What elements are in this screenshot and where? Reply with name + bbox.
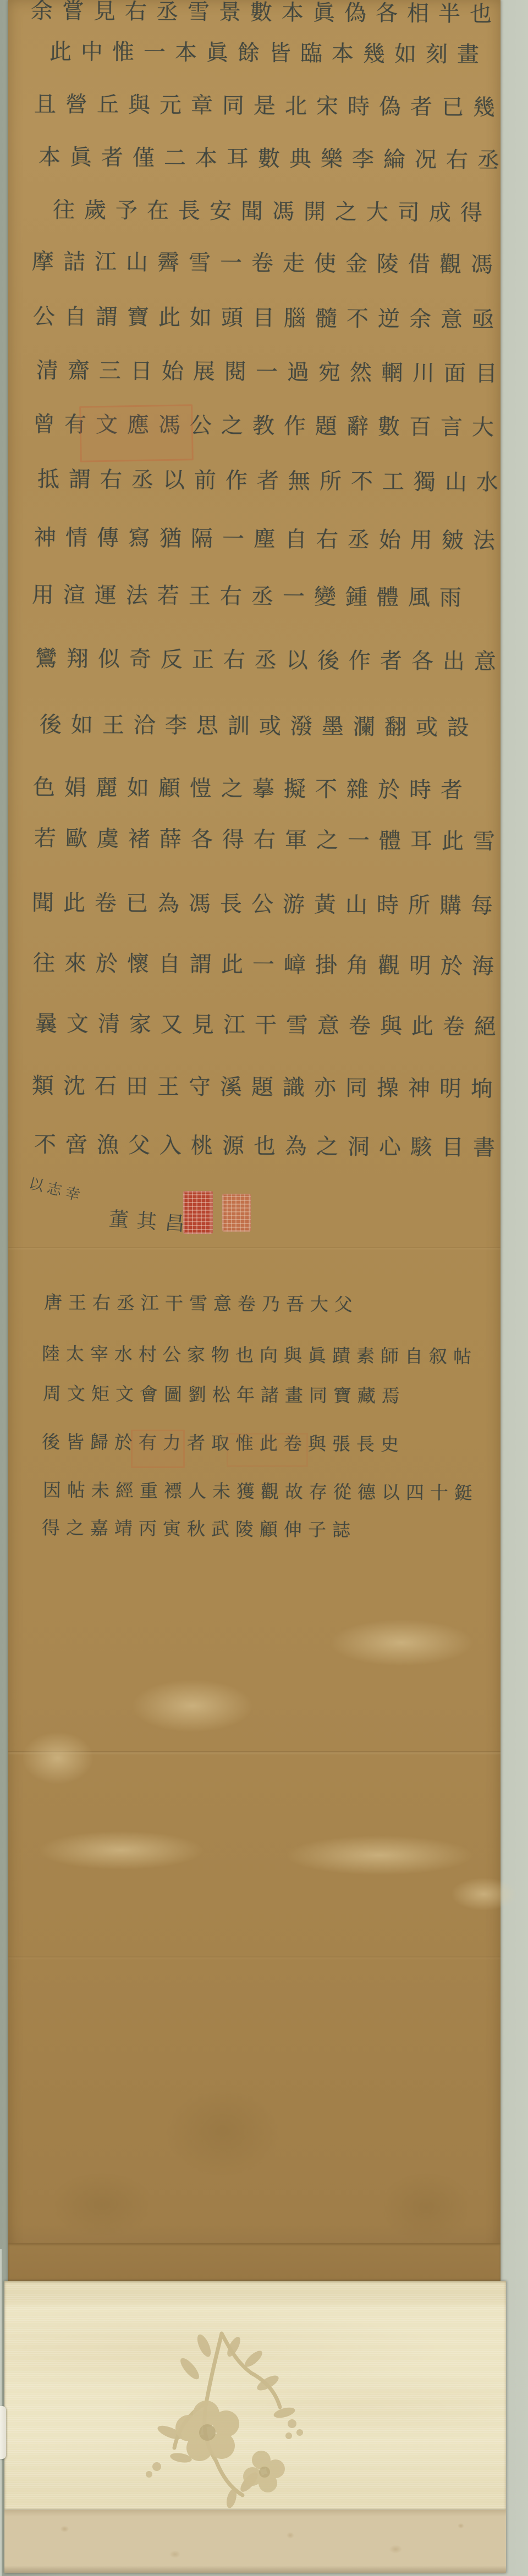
calligraphy-row: 若歐虞褚薛各得右軍之一體耳此雪 (34, 826, 504, 854)
calligraphy-row: 此中惟一本眞餘皆臨本幾如刻畫 (50, 39, 488, 68)
calligraphy-row: 後如王洽李思訓或潑墨瀾翻或設 (40, 712, 479, 741)
calligraphy-row: 往來於懷自謂此一嶂掛角觀明於海 (33, 951, 503, 979)
calligraphy-row: 類沈石田王守溪題識亦同操神明垧 (32, 1073, 502, 1102)
dong-qichang-signature: 董其昌 (108, 1204, 194, 1238)
calligraphy-row: 色娟麗如顧愷之摹擬不雜於時者 (33, 775, 472, 803)
faded-collector-seal (227, 1433, 308, 1467)
calligraphy-row: 因帖未經重褾人未獲觀故存從德以四十鋌 (43, 1480, 479, 1504)
calligraphy-row: 聞此卷已為馮長公游黃山時所購每 (32, 890, 502, 919)
calligraphy-row: 曩文清家又見江干雪意卷與此卷絕 (35, 1011, 505, 1040)
paper-seam (8, 1751, 501, 1752)
calligraphy-row: 鸞翔似奇反正右丞以後作者各出意 (35, 646, 505, 675)
calligraphy-row: 得之嘉靖丙寅秋武陵顧伸子誌 (42, 1518, 356, 1541)
calligraphy-row: 周文矩文會圖劉松年諸畫同寶藏焉 (43, 1383, 406, 1407)
calligraphy-row: 摩詰江山霽雪一卷走使金陵借觀馮 (32, 249, 502, 278)
calligraphy-row: 抵謂右丞以前作者無所不工獨山水 (37, 467, 508, 495)
calligraphy-row: 清齋三日始展閱一過宛然輞川面目 (36, 358, 507, 387)
faded-collector-seal (79, 404, 194, 462)
calligraphy-row: 陸太宰水村公家物也向與眞蹟素師自叙帖 (42, 1343, 477, 1367)
handscroll-colophon-photo: 余嘗見右丞雪景數本眞偽各相半也 此中惟一本眞餘皆臨本幾如刻畫 且營丘與元章同是北… (0, 0, 528, 2576)
artist-seal-2 (222, 1194, 251, 1232)
end-paper-band (4, 2510, 506, 2573)
calligraphy-row: 用渲運法若王右丞一變鍾體風雨 (32, 582, 471, 611)
calligraphy-row: 不啻漁父入桃源也為之洞心駭目書 (34, 1132, 504, 1161)
calligraphy-row: 且營丘與元章同是北宋時偽者已幾 (34, 92, 504, 120)
roller-knob (0, 2406, 6, 2459)
floral-damask-motif (124, 2330, 316, 2509)
paper-seam (8, 1247, 501, 1248)
calligraphy-row: 往歲予在長安聞馮開之大司成得 (53, 197, 492, 226)
paper-seam (8, 1956, 501, 1957)
darkened-paper-band (8, 2243, 501, 2281)
calligraphy-row: 余嘗見右丞雪景數本眞偽各相半也 (31, 0, 501, 27)
artist-seal-1 (183, 1191, 213, 1234)
faded-collector-seal (131, 1430, 185, 1468)
calligraphy-row: 公自謂寶此如頭目腦髓不逆余意亟 (33, 304, 503, 333)
calligraphy-row: 神情傳寫猶隔一塵自右丞始用皴法 (34, 525, 504, 554)
calligraphy-row: 後皆歸於有力者取惟此卷與張長史 (42, 1432, 405, 1455)
calligraphy-row: 本眞者僅二本耳數典樂李綸况右丞 (38, 145, 509, 173)
calligraphy-row: 唐王右丞江干雪意卷乃吾大父 (44, 1292, 359, 1315)
